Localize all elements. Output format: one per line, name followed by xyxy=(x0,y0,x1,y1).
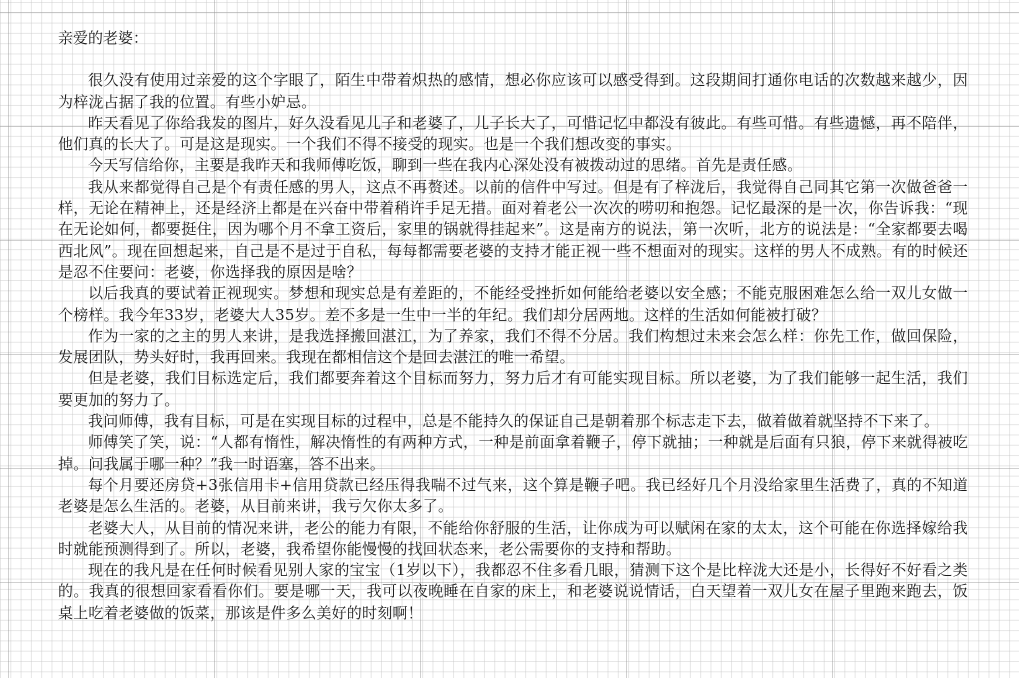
letter-paragraph: 我问师傅，我有目标，可是在实现目标的过程中，总是不能持久的保证自己是朝着那个标志… xyxy=(58,411,968,432)
letter-paragraph: 作为一家的之主的男人来讲，是我选择搬回湛江，为了养家，我们不得不分居。我们构想过… xyxy=(58,326,968,369)
letter-paragraph: 现在的我凡是在任何时候看见别人家的宝宝（1岁以下），我都忍不住多看几眼，猜测下这… xyxy=(58,560,968,624)
letter-salutation: 亲爱的老婆： xyxy=(58,28,968,49)
letter-paragraph: 以后我真的要试着正视现实。梦想和现实总是有差距的，不能经受挫折如何能给老婆以安全… xyxy=(58,283,968,326)
letter-paragraph: 但是老婆，我们目标选定后，我们都要奔着这个目标而努力，努力后才有可能实现目标。所… xyxy=(58,368,968,411)
letter-paragraph: 每个月要还房贷+3张信用卡+信用贷款已经压得我喘不过气来，这个算是鞭子吧。我已经… xyxy=(58,475,968,518)
letter-paragraph: 今天写信给你，主要是我昨天和我师傅吃饭，聊到一些在我内心深处没有被拨动过的思绪。… xyxy=(58,155,968,176)
letter-document: 亲爱的老婆： 很久没有使用过亲爱的这个字眼了，陌生中带着炽热的感情，想必你应该可… xyxy=(58,28,968,624)
letter-paragraph: 师傅笑了笑，说：“人都有惰性，解决惰性的有两种方式，一种是前面拿着鞭子，停下就抽… xyxy=(58,432,968,475)
letter-paragraph: 老婆大人，从目前的情况来讲，老公的能力有限，不能给你舒服的生活，让你成为可以赋闲… xyxy=(58,518,968,561)
letter-paragraph: 我从来都觉得自己是个有责任感的男人，这点不再赘述。以前的信件中写过。但是有了梓泷… xyxy=(58,177,968,283)
letter-paragraph: 昨天看见了你给我发的图片，好久没看见儿子和老婆了，儿子长大了，可惜记忆中都没有彼… xyxy=(58,113,968,156)
letter-paragraph: 很久没有使用过亲爱的这个字眼了，陌生中带着炽热的感情，想必你应该可以感受得到。这… xyxy=(58,70,968,113)
